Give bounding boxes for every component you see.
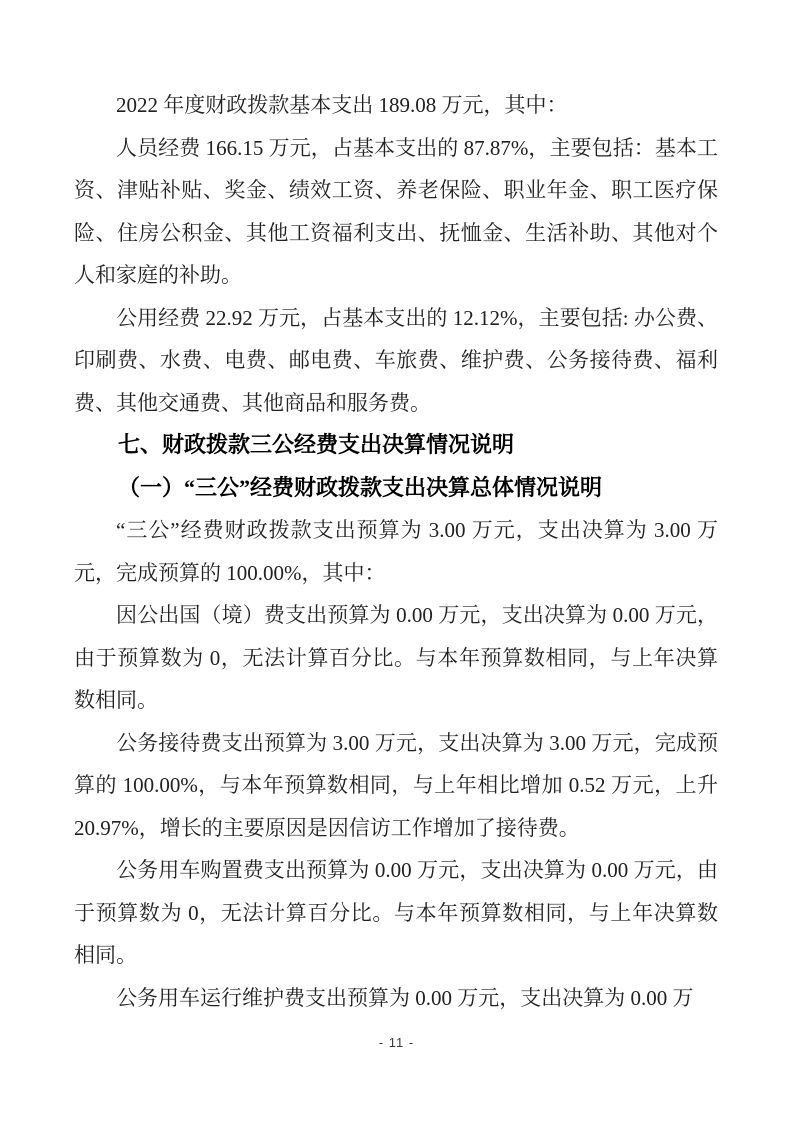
document-page: { "document": { "paragraphs": [ { "style… [0,0,793,1122]
heading-subsection-one: （一）“三公”经费财政拨款支出决算总体情况说明 [74,467,718,510]
paragraph-basic-expenditure-total: 2022 年度财政拨款基本支出 189.08 万元，其中： [74,84,718,127]
heading-section-seven: 七、财政拨款三公经费支出决算情况说明 [74,424,718,467]
paragraph-vehicle-purchase-expenses: 公务用车购置费支出预算为 0.00 万元，支出决算为 0.00 万元，由于预算数… [74,849,718,977]
paragraph-three-public-funds-overview: “三公”经费财政拨款支出预算为 3.00 万元，支出决算为 3.00 万元，完成… [74,509,718,594]
paragraph-vehicle-maintenance-expenses: 公务用车运行维护费支出预算为 0.00 万元，支出决算为 0.00 万 [74,977,718,1020]
paragraph-official-reception-expenses: 公务接待费支出预算为 3.00 万元，支出决算为 3.00 万元，完成预算的 1… [74,722,718,850]
paragraph-overseas-travel-expenses: 因公出国（境）费支出预算为 0.00 万元，支出决算为 0.00 万元，由于预算… [74,594,718,722]
page-number: - 11 - [0,1035,793,1050]
paragraph-public-expenses: 公用经费 22.92 万元，占基本支出的 12.12%，主要包括: 办公费、印刷… [74,297,718,425]
paragraph-personnel-expenses: 人员经费 166.15 万元，占基本支出的 87.87%，主要包括：基本工资、津… [74,127,718,297]
document-body: 2022 年度财政拨款基本支出 189.08 万元，其中： 人员经费 166.1… [74,84,718,1019]
